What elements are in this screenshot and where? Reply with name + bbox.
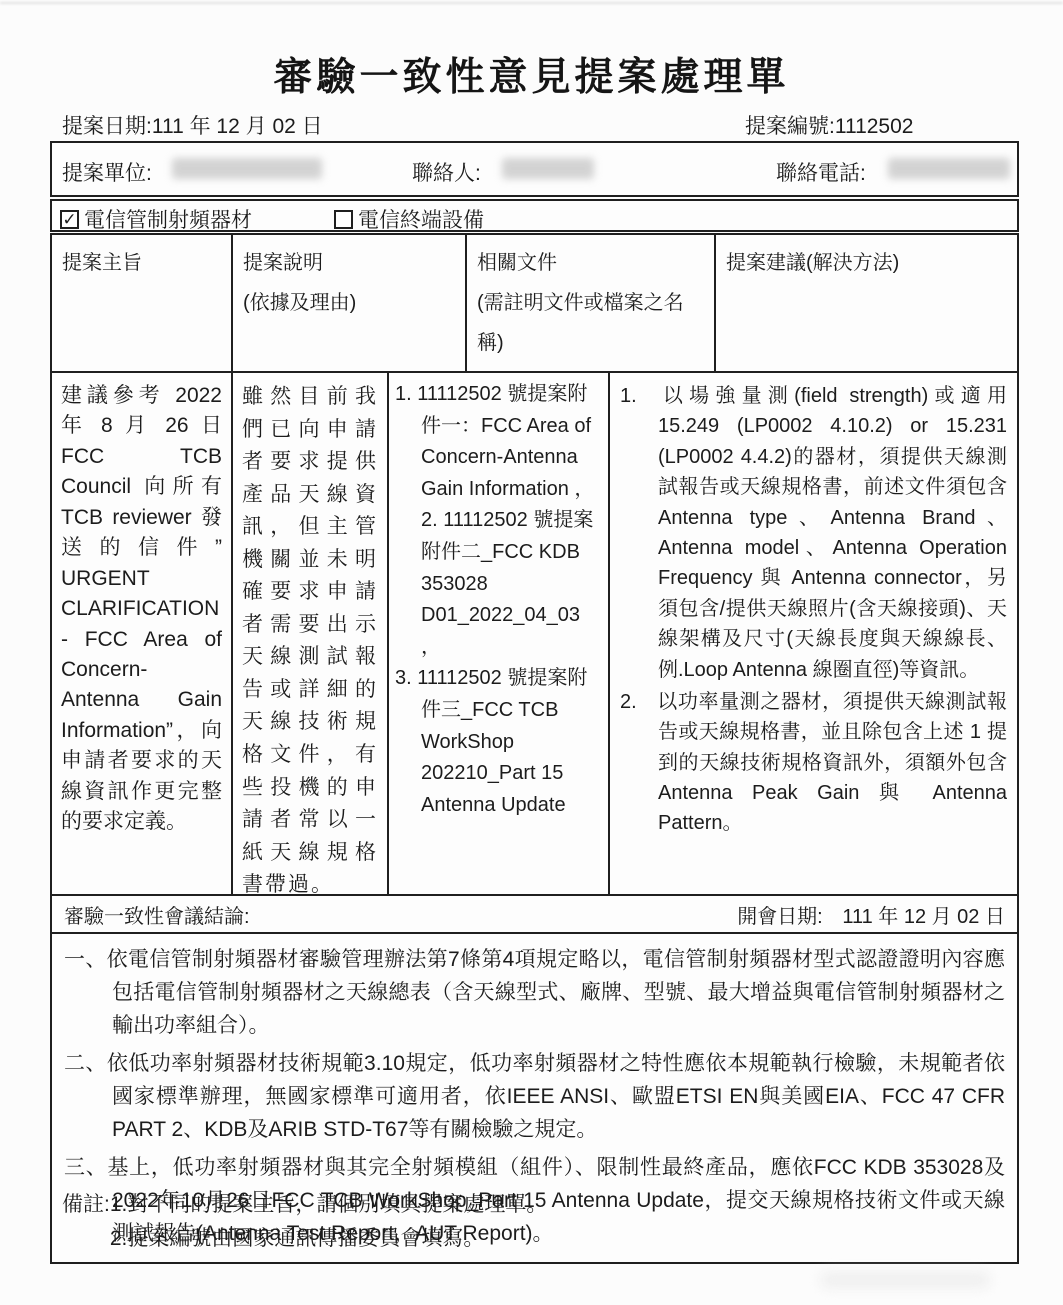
header-description-main: 提案說明	[243, 243, 455, 283]
cell-documents-list: 1. 11112502 號提案附件一：FCC Area of Concern-A…	[389, 373, 610, 894]
header-suggestion: 提案建議(解決方法)	[716, 235, 1017, 371]
checkbox-item-rf-controlled: ✓ 電信管制射頻器材	[60, 204, 252, 234]
header-documents-sub: (需註明文件或檔案之名稱)	[477, 283, 704, 363]
document-title: 審驗一致性意見提案處理單	[0, 46, 1063, 102]
conclusion-item-1-text: 依電信管制射頻器材審驗管理辦法第7條第4項規定略以，電信管制射頻器材型式認證證明…	[107, 948, 1005, 1037]
meeting-date-value: 111 年 12 月 02 日	[842, 906, 1005, 928]
contact-phone-redacted-value	[888, 158, 1010, 179]
header-documents-main: 相關文件	[477, 243, 704, 283]
header-documents: 相關文件 (需註明文件或檔案之名稱)	[467, 235, 716, 371]
proposer-info-box: 提案單位: 聯絡人: 聯絡電話:	[50, 141, 1019, 197]
conclusion-item-2-text: 依低功率射頻器材技術規範3.10規定，低功率射頻器材之特性應依本規範執行檢驗，未…	[107, 1052, 1005, 1141]
conclusion-item-2: 二、依低功率射頻器材技術規範3.10規定，低功率射頻器材之特性應依本規範執行檢驗…	[64, 1048, 1005, 1147]
header-subject: 提案主旨	[52, 235, 233, 371]
conclusion-header-label: 審驗一致性會議結論:	[64, 900, 250, 929]
cell-suggestion-list: 1. 以場強量測(field strength)或適用 15.249 (LP00…	[610, 373, 1017, 894]
suggestion-item-2: 2. 以功率量測之器材，須提供天線測試報告或天線規格書，並且除包含上述 1 提到…	[620, 687, 1007, 839]
table-content-row: 建議參考 2022 年 8 月 26 日 FCC TCB Council 向所有…	[52, 373, 1017, 896]
proposal-unit-label: 提案單位:	[62, 157, 152, 187]
proposal-date: 提案日期:111 年 12 月 02 日	[62, 110, 323, 140]
documents-item-2: 3. 11112502 號提案附件三_FCC TCB WorkShop 2022…	[395, 663, 602, 821]
conclusion-item-3-num: 三、	[64, 1156, 107, 1179]
suggestion-item-2-num: 2.	[620, 691, 637, 713]
contact-phone-label: 聯絡電話:	[776, 157, 866, 187]
proposal-unit-redacted-value	[172, 158, 322, 179]
suggestion-item-1-text: 以場強量測(field strength)或適用 15.249 (LP0002 …	[657, 385, 1007, 681]
conclusion-item-2-num: 二、	[64, 1052, 107, 1075]
documents-item-1: 1. 11112502 號提案附件一：FCC Area of Concern-A…	[395, 379, 602, 663]
conclusion-header-row: 審驗一致性會議結論: 開會日期: 111 年 12 月 02 日	[52, 896, 1017, 934]
cell-description-text: 雖然目前我們已向申請者要求提供產品天線資訊，但主管機關並未明確要求申請者需要出示…	[233, 373, 389, 894]
header-description: 提案說明 (依據及理由)	[233, 235, 467, 371]
scanned-form-page: 審驗一致性意見提案處理單 提案日期:111 年 12 月 02 日 提案編號:1…	[0, 0, 1063, 1305]
proposal-table: 提案主旨 提案說明 (依據及理由) 相關文件 (需註明文件或檔案之名稱) 提案建…	[50, 233, 1019, 1264]
suggestion-item-1: 1. 以場強量測(field strength)或適用 15.249 (LP00…	[620, 381, 1007, 685]
checkbox-label-rf-controlled: 電信管制射頻器材	[84, 204, 252, 234]
suggestion-item-1-num: 1.	[620, 385, 637, 407]
scan-smudge-artifact	[820, 1272, 990, 1288]
checkbox-label-terminal-equipment: 電信終端設備	[358, 204, 484, 234]
note-line-1: 1.對不同的提案主旨，請個別填具提案處理單。	[110, 1188, 548, 1222]
conclusion-item-1-num: 一、	[64, 948, 107, 971]
checkbox-item-terminal-equipment: 電信終端設備	[334, 204, 484, 234]
header-description-sub: (依據及理由)	[243, 283, 455, 323]
conclusion-item-1: 一、依電信管制射頻器材審驗管理辦法第7條第4項規定略以，電信管制射頻器材型式認證…	[64, 944, 1005, 1043]
suggestion-item-2-text: 以功率量測之器材，須提供天線測試報告或天線規格書，並且除包含上述 1 提到的天線…	[657, 691, 1007, 835]
proposal-number: 提案編號:1112502	[745, 110, 913, 140]
notes-lines: 1.對不同的提案主旨，請個別填具提案處理單。 2.提案編號由國家通訊傳播委員會填…	[110, 1188, 548, 1256]
scan-artifact-streak	[0, 2, 1063, 4]
unchecked-checkbox-icon	[334, 210, 353, 229]
table-header-row: 提案主旨 提案說明 (依據及理由) 相關文件 (需註明文件或檔案之名稱) 提案建…	[52, 235, 1017, 373]
contact-person-label: 聯絡人:	[412, 157, 481, 187]
footer-notes: 備註: 1.對不同的提案主旨，請個別填具提案處理單。 2.提案編號由國家通訊傳播…	[62, 1188, 547, 1256]
note-line-2: 2.提案編號由國家通訊傳播委員會填寫。	[110, 1222, 548, 1256]
notes-label: 備註:	[62, 1188, 110, 1256]
cell-subject-text: 建議參考 2022 年 8 月 26 日 FCC TCB Council 向所有…	[52, 373, 233, 894]
contact-person-redacted-value	[502, 158, 594, 179]
meeting-date: 開會日期: 111 年 12 月 02 日	[723, 900, 1005, 929]
checked-checkbox-icon: ✓	[60, 210, 79, 229]
device-type-box: ✓ 電信管制射頻器材 電信終端設備	[50, 199, 1019, 232]
meeting-date-label: 開會日期:	[737, 906, 823, 928]
